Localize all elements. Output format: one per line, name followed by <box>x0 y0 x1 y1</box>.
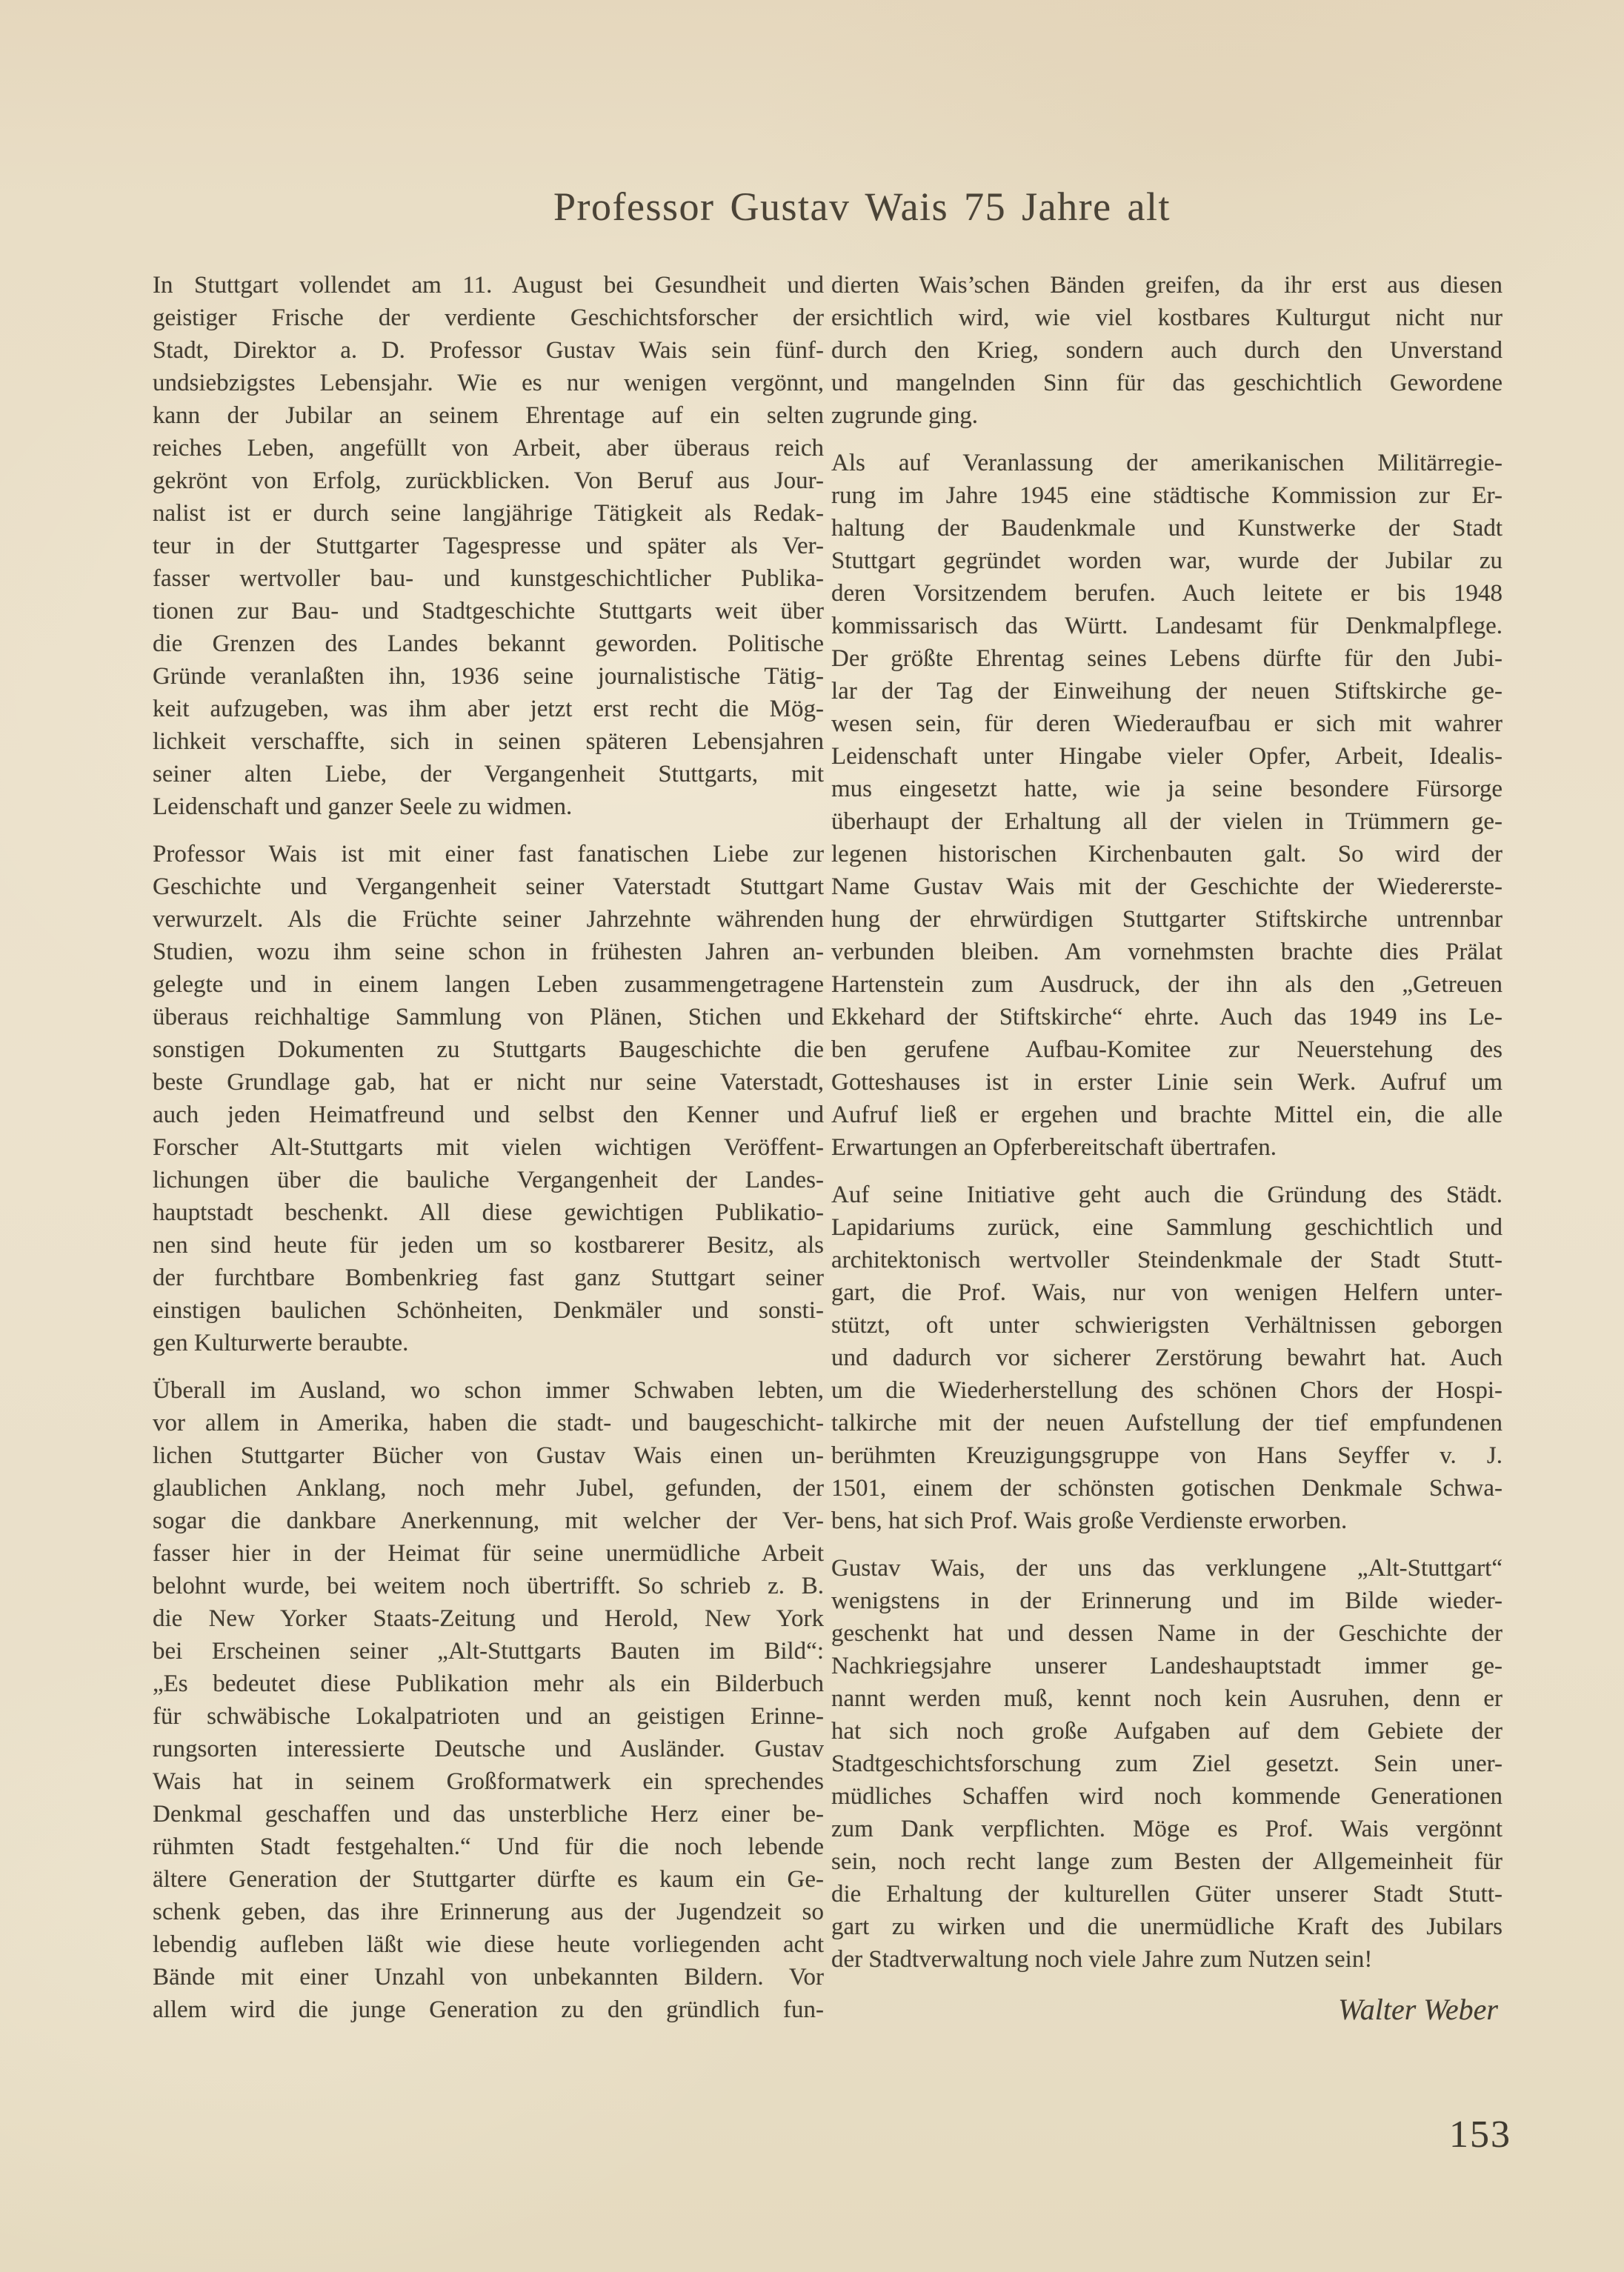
author-signature: Walter Weber <box>831 1991 1502 2029</box>
text-line: kann der Jubilar an seinem Ehrentage auf… <box>153 399 824 432</box>
text-line: und dadurch vor sicherer Zerstörung bewa… <box>831 1342 1502 1374</box>
text-line: mus eingesetzt hatte, wie ja seine beson… <box>831 773 1502 805</box>
text-line: Der größte Ehrentag seines Lebens dürfte… <box>831 642 1502 675</box>
text-line: die Grenzen des Landes bekannt geworden.… <box>153 627 824 660</box>
text-line: gelegte und in einem langen Leben zusamm… <box>153 968 824 1001</box>
text-line: gen Kulturwerte beraubte. <box>153 1327 824 1359</box>
text-line: geschenkt hat und dessen Name in der Ges… <box>831 1617 1502 1650</box>
text-line: ältere Generation der Stuttgarter dürfte… <box>153 1863 824 1896</box>
text-line: ersichtlich wird, wie viel kostbares Kul… <box>831 302 1502 334</box>
text-line: Leidenschaft unter Hingabe vieler Opfer,… <box>831 740 1502 773</box>
text-line: Wais hat in seinem Großformatwerk ein sp… <box>153 1765 824 1798</box>
text-line: rungsorten interessierte Deutsche und Au… <box>153 1733 824 1765</box>
text-line: sein, noch recht lange zum Besten der Al… <box>831 1845 1502 1878</box>
text-line: die Erhaltung der kulturellen Güter unse… <box>831 1878 1502 1910</box>
text-line: beste Grundlage gab, hat er nicht nur se… <box>153 1066 824 1099</box>
text-line: vor allem in Amerika, haben die stadt- u… <box>153 1407 824 1439</box>
paragraph: Überall im Ausland, wo schon immer Schwa… <box>153 1374 824 2026</box>
text-line: für schwäbische Lokalpatrioten und an ge… <box>153 1700 824 1733</box>
text-line: hauptstadt beschenkt. All diese gewichti… <box>153 1196 824 1229</box>
paragraph: Auf seine Initiative geht auch die Gründ… <box>831 1179 1502 1537</box>
text-line: Stadt, Direktor a. D. Professor Gustav W… <box>153 334 824 367</box>
text-line: haltung der Baudenkmale und Kunstwerke d… <box>831 512 1502 544</box>
text-line: ben gerufene Aufbau-Komitee zur Neuerste… <box>831 1033 1502 1066</box>
text-line: auch jeden Heimatfreund und selbst den K… <box>153 1099 824 1131</box>
text-line: dierten Wais’schen Bänden greifen, da ih… <box>831 269 1502 302</box>
text-line: Stuttgart gegründet worden war, wurde de… <box>831 544 1502 577</box>
text-line: Gründe veranlaßten ihn, 1936 seine journ… <box>153 660 824 693</box>
text-line: sogar die dankbare Anerkennung, mit welc… <box>153 1505 824 1537</box>
text-line: Gotteshauses ist in erster Linie sein We… <box>831 1066 1502 1099</box>
text-line: keit aufzugeben, was ihm aber jetzt erst… <box>153 693 824 725</box>
text-line: belohnt wurde, bei weitem noch übertriff… <box>153 1570 824 1602</box>
text-line: allem wird die junge Generation zu den g… <box>153 1993 824 2026</box>
text-line: In Stuttgart vollendet am 11. August bei… <box>153 269 824 302</box>
paragraph: dierten Wais’schen Bänden greifen, da ih… <box>831 269 1502 432</box>
text-line: gekrönt von Erfolg, zurückblicken. Von B… <box>153 464 824 497</box>
text-line: fasser wertvoller bau- und kunstgeschich… <box>153 562 824 595</box>
text-line: lebendig aufleben läßt wie diese heute v… <box>153 1928 824 1961</box>
text-line: hung der ehrwürdigen Stuttgarter Stiftsk… <box>831 903 1502 936</box>
text-line: und mangelnden Sinn für das geschichtlic… <box>831 367 1502 399</box>
text-line: Erwartungen an Opferbereitschaft übertra… <box>831 1131 1502 1164</box>
text-line: gart zu wirken und die unermüdliche Kraf… <box>831 1910 1502 1943</box>
text-line: berühmten Kreuzigungsgruppe von Hans Sey… <box>831 1439 1502 1472</box>
paragraph: Gustav Wais, der uns das verklungene „Al… <box>831 1552 1502 1976</box>
text-line: legenen historischen Kirchenbauten galt.… <box>831 838 1502 870</box>
text-line: wenigstens in der Erinnerung und im Bild… <box>831 1585 1502 1617</box>
book-page: Professor Gustav Wais 75 Jahre alt In St… <box>0 0 1624 2272</box>
text-line: lichen Stuttgarter Bücher von Gustav Wai… <box>153 1439 824 1472</box>
text-line: wesen sein, für deren Wiederaufbau er si… <box>831 707 1502 740</box>
text-line: Aufruf ließ er ergehen und brachte Mitte… <box>831 1099 1502 1131</box>
text-line: sonstigen Dokumenten zu Stuttgarts Bauge… <box>153 1033 824 1066</box>
page-title: Professor Gustav Wais 75 Jahre alt <box>553 184 1171 230</box>
text-line: schenk geben, das ihre Erinnerung aus de… <box>153 1896 824 1928</box>
text-line: reiches Leben, angefüllt von Arbeit, abe… <box>153 432 824 464</box>
text-line: teur in der Stuttgarter Tagespresse und … <box>153 530 824 562</box>
text-line: nannt werden muß, kennt noch kein Ausruh… <box>831 1682 1502 1715</box>
paragraph: In Stuttgart vollendet am 11. August bei… <box>153 269 824 823</box>
text-line: durch den Krieg, sondern auch durch den … <box>831 334 1502 367</box>
text-line: Hartenstein zum Ausdruck, der ihn als de… <box>831 968 1502 1001</box>
text-line: glaublichen Anklang, noch mehr Jubel, ge… <box>153 1472 824 1505</box>
text-line: bei Erscheinen seiner „Alt-Stuttgarts Ba… <box>153 1635 824 1668</box>
text-line: der Stadtverwaltung noch viele Jahre zum… <box>831 1943 1502 1976</box>
text-line: hat sich noch große Aufgaben auf dem Geb… <box>831 1715 1502 1748</box>
text-line: nalist ist er durch seine langjährige Tä… <box>153 497 824 530</box>
text-line: verbunden bleiben. Am vornehmsten bracht… <box>831 936 1502 968</box>
text-line: Studien, wozu ihm seine schon in frühest… <box>153 936 824 968</box>
text-line: Ekkehard der Stiftskirche“ ehrte. Auch d… <box>831 1001 1502 1033</box>
text-line: Professor Wais ist mit einer fast fanati… <box>153 838 824 870</box>
text-line: die New Yorker Staats-Zeitung und Herold… <box>153 1602 824 1635</box>
text-line: Gustav Wais, der uns das verklungene „Al… <box>831 1552 1502 1585</box>
text-line: lichkeit verschaffte, sich in seinen spä… <box>153 725 824 758</box>
text-line: um die Wiederherstellung des schönen Cho… <box>831 1374 1502 1407</box>
paragraph: Professor Wais ist mit einer fast fanati… <box>153 838 824 1359</box>
text-line: Stadtgeschichtsforschung zum Ziel gesetz… <box>831 1748 1502 1780</box>
text-line: talkirche mit der neuen Aufstellung der … <box>831 1407 1502 1439</box>
text-line: Geschichte und Vergangenheit seiner Vate… <box>153 870 824 903</box>
text-line: Überall im Ausland, wo schon immer Schwa… <box>153 1374 824 1407</box>
text-line: fasser hier in der Heimat für seine uner… <box>153 1537 824 1570</box>
text-line: Leidenschaft und ganzer Seele zu widmen. <box>153 790 824 823</box>
text-line: überhaupt der Erhaltung all der vielen i… <box>831 805 1502 838</box>
text-line: Lapidariums zurück, eine Sammlung geschi… <box>831 1211 1502 1244</box>
text-line: zugrunde ging. <box>831 399 1502 432</box>
right-column: dierten Wais’schen Bänden greifen, da ih… <box>831 269 1502 2029</box>
left-column: In Stuttgart vollendet am 11. August bei… <box>153 269 824 2026</box>
text-line: seiner alten Liebe, der Vergangenheit St… <box>153 758 824 790</box>
text-line: lichungen über die bauliche Vergangenhei… <box>153 1164 824 1196</box>
paragraph: Als auf Veranlassung der amerikanischen … <box>831 447 1502 1164</box>
text-line: stützt, oft unter schwierigsten Verhältn… <box>831 1309 1502 1342</box>
text-line: Nachkriegsjahre unserer Landeshauptstadt… <box>831 1650 1502 1682</box>
text-line: Name Gustav Wais mit der Geschichte der … <box>831 870 1502 903</box>
text-line: einstigen baulichen Schönheiten, Denkmäl… <box>153 1294 824 1327</box>
text-line: tionen zur Bau- und Stadtgeschichte Stut… <box>153 595 824 627</box>
text-line: geistiger Frische der verdiente Geschich… <box>153 302 824 334</box>
text-line: architektonisch wertvoller Steindenkmale… <box>831 1244 1502 1276</box>
text-line: „Es bedeutet diese Publikation mehr als … <box>153 1668 824 1700</box>
text-line: gart, die Prof. Wais, nur von wenigen He… <box>831 1276 1502 1309</box>
text-line: verwurzelt. Als die Früchte seiner Jahrz… <box>153 903 824 936</box>
text-line: Bände mit einer Unzahl von unbekannten B… <box>153 1961 824 1993</box>
text-line: 1501, einem der schönsten gotischen Denk… <box>831 1472 1502 1505</box>
text-line: bens, hat sich Prof. Wais große Verdiens… <box>831 1505 1502 1537</box>
page-number: 153 <box>1449 2113 1511 2156</box>
text-line: Auf seine Initiative geht auch die Gründ… <box>831 1179 1502 1211</box>
text-line: Als auf Veranlassung der amerikanischen … <box>831 447 1502 479</box>
text-line: zum Dank verpflichten. Möge es Prof. Wai… <box>831 1813 1502 1845</box>
text-line: deren Vorsitzendem berufen. Auch leitete… <box>831 577 1502 610</box>
text-line: undsiebzigstes Lebensjahr. Wie es nur we… <box>153 367 824 399</box>
text-line: müdliches Schaffen wird noch kommende Ge… <box>831 1780 1502 1813</box>
text-line: nen sind heute für jeden um so kostbarer… <box>153 1229 824 1262</box>
text-line: rühmten Stadt festgehalten.“ Und für die… <box>153 1830 824 1863</box>
text-line: rung im Jahre 1945 eine städtische Kommi… <box>831 479 1502 512</box>
text-line: Denkmal geschaffen und das unsterbliche … <box>153 1798 824 1830</box>
text-line: überaus reichhaltige Sammlung von Plänen… <box>153 1001 824 1033</box>
text-line: kommissarisch das Württ. Landesamt für D… <box>831 610 1502 642</box>
text-line: der furchtbare Bombenkrieg fast ganz Stu… <box>153 1262 824 1294</box>
text-line: Forscher Alt-Stuttgarts mit vielen wicht… <box>153 1131 824 1164</box>
text-line: lar der Tag der Einweihung der neuen Sti… <box>831 675 1502 707</box>
